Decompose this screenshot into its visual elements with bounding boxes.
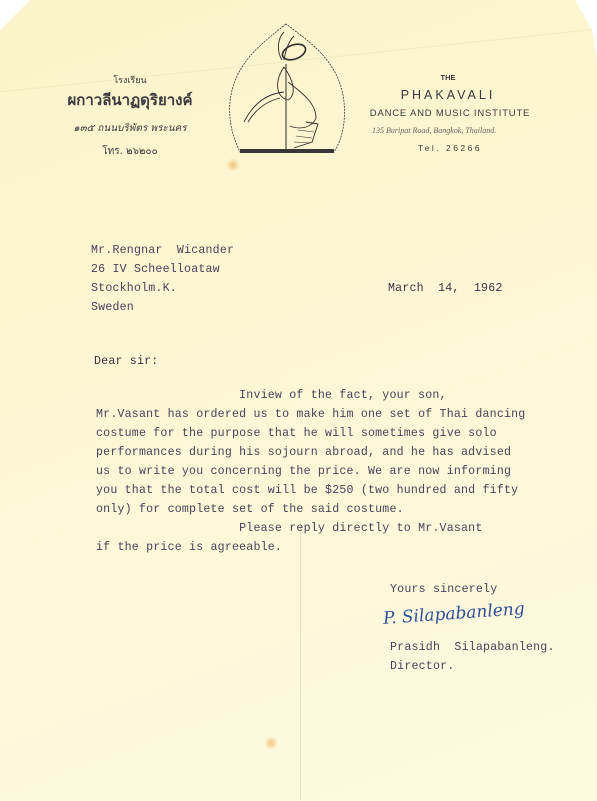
letter-paper: โรงเรียน ผกาวลีนาฏดุริยางค์ ๑๓๕ ถนนบริพั…: [0, 0, 597, 801]
body-line: us to write you concerning the price. We…: [96, 465, 511, 478]
salutation: Dear sir:: [94, 355, 158, 368]
dancer-emblem-icon: [224, 22, 349, 157]
dancer-emblem-logo: [224, 22, 349, 157]
letterhead-institute-name: PHAKAVALI: [388, 88, 508, 102]
recipient-line: 26 IV Scheelloataw: [91, 263, 220, 276]
body-line: Mr.Vasant has ordered us to make him one…: [96, 408, 525, 421]
body-line: Please reply directly to Mr.Vasant: [96, 522, 483, 535]
thai-school-label: โรงเรียน: [90, 73, 170, 87]
paper-stain: [264, 736, 278, 750]
recipient-line: Stockholm.K.: [91, 282, 177, 295]
body-line: you that the total cost will be $250 (tw…: [96, 484, 518, 497]
thai-phone: โทร. ๒๖๒๐๐: [80, 144, 180, 159]
letterhead-the: THE: [418, 73, 478, 82]
paper-stain: [226, 158, 240, 172]
signatory-title: Director.: [390, 660, 454, 673]
handwritten-signature: P. Silapabanleng: [382, 599, 525, 629]
body-line: only) for complete set of the said costu…: [96, 503, 404, 516]
letterhead-subtitle: DANCE AND MUSIC INSTITUTE: [355, 108, 545, 119]
letterhead-phone: Tel. 26266: [410, 143, 490, 153]
body-line: performances during his sojourn abroad, …: [96, 446, 511, 459]
signatory-name: Prasidh Silapabanleng.: [390, 641, 555, 654]
letter-date: March 14, 1962: [388, 282, 503, 295]
body-line: Inview of the fact, your son,: [96, 389, 447, 402]
thai-address: ๑๓๕ ถนนบริพัตร พระนคร: [50, 121, 210, 136]
body-line: if the price is agreeable.: [96, 541, 282, 554]
recipient-line: Sweden: [91, 301, 134, 314]
recipient-line: Mr.Rengnar Wicander: [91, 244, 234, 257]
letterhead-address: 135 Buripat Road, Bangkok, Thailand.: [372, 126, 496, 135]
paper-crease: [300, 520, 301, 800]
thai-institute-name: ผกาวลีนาฏดุริยางค์: [50, 88, 210, 112]
valediction: Yours sincerely: [390, 583, 497, 596]
body-line: costume for the purpose that he will som…: [96, 427, 497, 440]
